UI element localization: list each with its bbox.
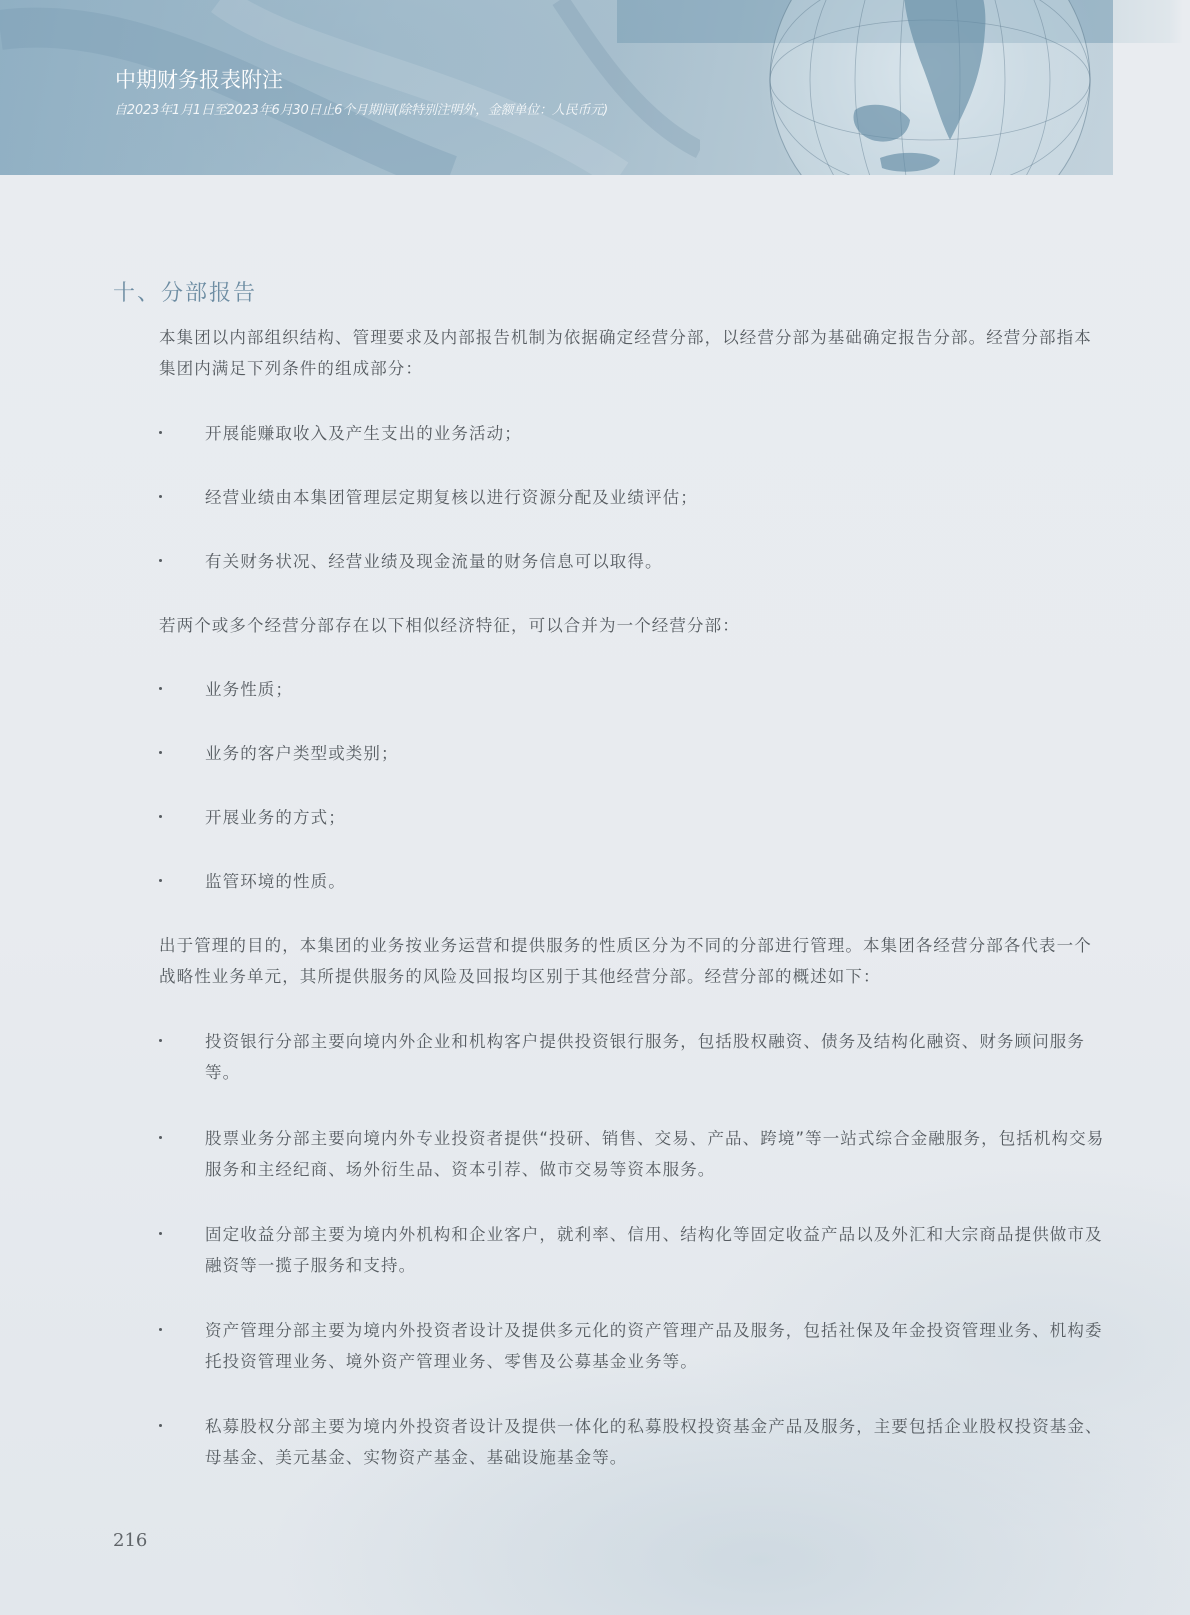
page-number: 216 <box>113 1530 147 1551</box>
condition-text: 有关财务状况、经营业绩及现金流量的财务信息可以取得。 <box>205 546 1109 577</box>
segment-description: 资产管理分部主要为境内外投资者设计及提供多元化的资产管理产品及服务，包括社保及年… <box>205 1315 1109 1377</box>
bullet-icon <box>159 687 162 690</box>
bullet-icon <box>159 431 162 434</box>
merge-criteria-text: 监管环境的性质。 <box>205 866 1109 897</box>
swoosh-decoration-icon <box>0 0 700 175</box>
segment-description: 投资银行分部主要向境内外企业和机构客户提供投资银行服务，包括股权融资、债务及结构… <box>205 1026 1109 1088</box>
bullet-icon <box>159 559 162 562</box>
segment-description: 固定收益分部主要为境内外机构和企业客户，就利率、信用、结构化等固定收益产品以及外… <box>205 1219 1109 1281</box>
bullet-icon <box>159 879 162 882</box>
intro-paragraph: 本集团以内部组织结构、管理要求及内部报告机制为依据确定经营分部，以经营分部为基础… <box>159 322 1109 384</box>
merge-criteria-text: 业务的客户类型或类别； <box>205 738 1109 769</box>
segment-description: 股票业务分部主要向境内外专业投资者提供“投研、销售、交易、产品、跨境”等一站式综… <box>205 1123 1109 1185</box>
bullet-icon <box>159 751 162 754</box>
header-banner: 中期财务报表附注 自2023年1月1日至2023年6月30日止6个月期间(除特别… <box>0 0 1113 175</box>
segment-description: 私募股权分部主要为境内外投资者设计及提供一体化的私募股权投资基金产品及服务，主要… <box>205 1411 1109 1473</box>
bullet-icon <box>159 1039 162 1042</box>
banner-top-strip <box>617 0 1113 43</box>
merge-criteria-text: 业务性质； <box>205 674 1109 705</box>
bullet-icon <box>159 1328 162 1331</box>
report-period-subtitle: 自2023年1月1日至2023年6月30日止6个月期间(除特别注明外，金额单位：… <box>114 99 608 118</box>
bullet-icon <box>159 1424 162 1427</box>
report-title: 中期财务报表附注 <box>115 64 283 94</box>
bullet-icon <box>159 1136 162 1139</box>
management-paragraph: 出于管理的目的，本集团的业务按业务运营和提供服务的性质区分为不同的分部进行管理。… <box>159 930 1109 992</box>
condition-text: 经营业绩由本集团管理层定期复核以进行资源分配及业绩评估； <box>205 482 1109 513</box>
bullet-icon <box>159 1232 162 1235</box>
bullet-icon <box>159 815 162 818</box>
merge-criteria-text: 开展业务的方式； <box>205 802 1109 833</box>
section-heading: 十、分部报告 <box>113 276 257 307</box>
merge-intro-paragraph: 若两个或多个经营分部存在以下相似经济特征，可以合并为一个经营分部： <box>159 610 1109 641</box>
bullet-icon <box>159 495 162 498</box>
banner-extension <box>1113 0 1183 43</box>
condition-text: 开展能赚取收入及产生支出的业务活动； <box>205 418 1109 449</box>
